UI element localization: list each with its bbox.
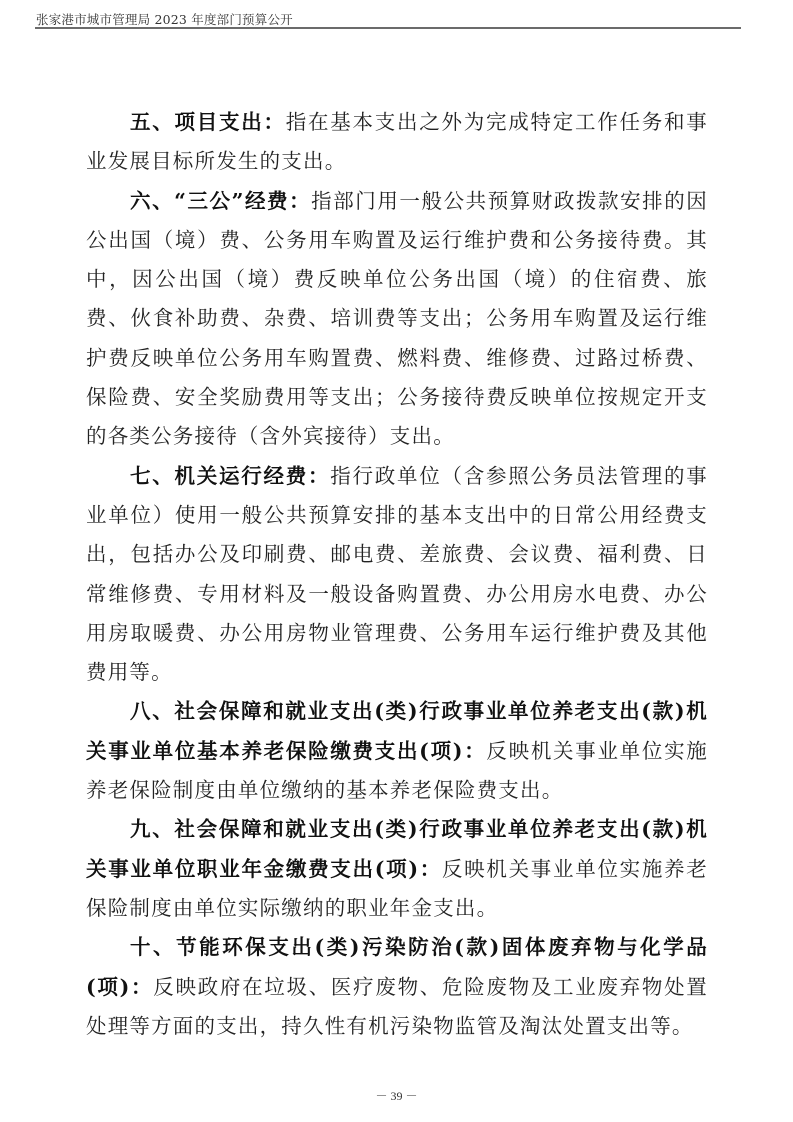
paragraph-project-expenditure: 五、项目支出：指在基本支出之外为完成特定工作任务和事业发展目标所发生的支出。 — [86, 103, 708, 182]
term-definition: 指行政单位（含参照公务员法管理的事业单位）使用一般公共预算安排的基本支出中的日常… — [86, 464, 708, 684]
header-divider — [35, 27, 741, 29]
paragraph-three-public-expenses: 六、“三公”经费：指部门用一般公共预算财政拨款安排的因公出国（境）费、公务用车购… — [86, 182, 708, 457]
term-heading: 七、机关运行经费： — [130, 464, 330, 488]
paragraph-agency-operating-expenses: 七、机关运行经费：指行政单位（含参照公务员法管理的事业单位）使用一般公共预算安排… — [86, 457, 708, 693]
term-heading: 五、项目支出： — [130, 110, 286, 134]
paragraph-basic-pension-insurance: 八、社会保障和就业支出(类)行政事业单位养老支出(款)机关事业单位基本养老保险缴… — [86, 692, 708, 810]
paragraph-solid-waste-chemicals: 十、节能环保支出(类)污染防治(款)固体废弃物与化学品(项)：反映政府在垃圾、医… — [86, 928, 708, 1046]
running-header: 张家港市城市管理局 2023 年度部门预算公开 — [36, 10, 293, 28]
term-heading: 六、“三公”经费： — [130, 189, 311, 213]
paragraph-occupational-annuity: 九、社会保障和就业支出(类)行政事业单位养老支出(款)机关事业单位职业年金缴费支… — [86, 810, 708, 928]
document-body: 五、项目支出：指在基本支出之外为完成特定工作任务和事业发展目标所发生的支出。 六… — [86, 103, 708, 1046]
term-definition: 反映政府在垃圾、医疗废物、危险废物及工业废弃物处置处理等方面的支出，持久性有机污… — [86, 975, 708, 1038]
page-number: － 39 － — [0, 1087, 793, 1104]
term-definition: 指部门用一般公共预算财政拨款安排的因公出国（境）费、公务用车购置及运行维护费和公… — [86, 189, 708, 449]
